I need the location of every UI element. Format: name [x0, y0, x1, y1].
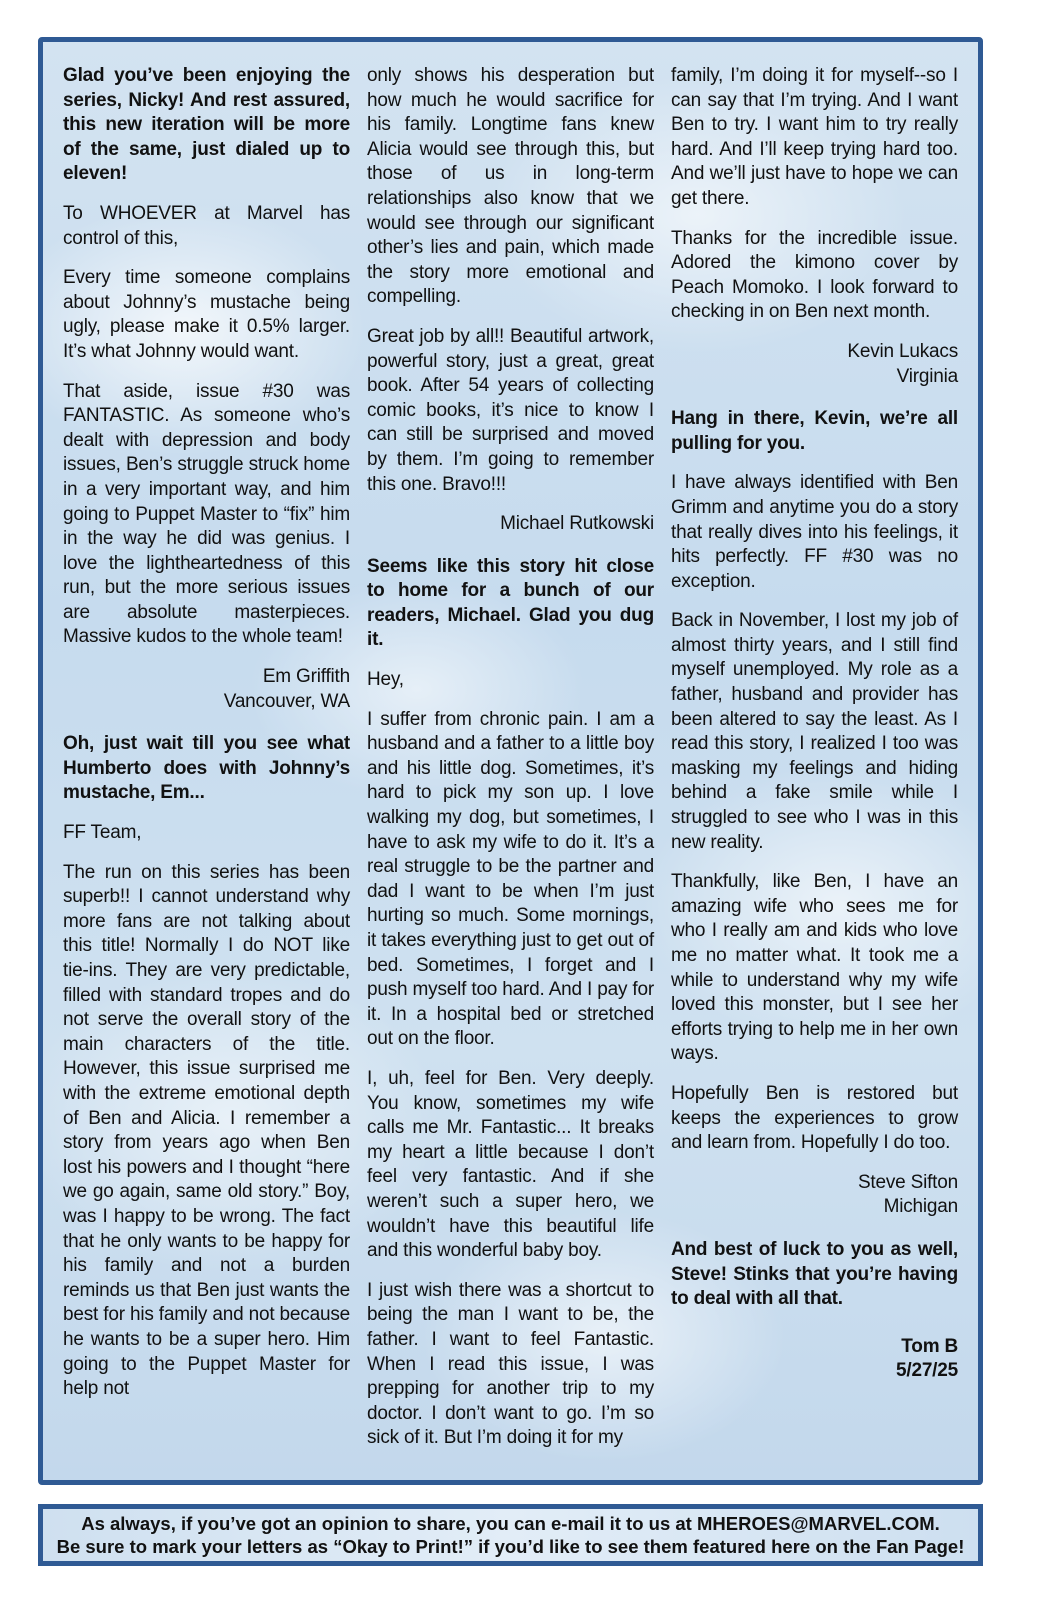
letters-page-panel: Glad you’ve been enjoying the series, Ni…: [38, 37, 983, 1485]
letter-paragraph: Back in November, I lost my job of almos…: [671, 609, 958, 855]
signature-location: Vancouver, WA: [63, 690, 350, 715]
signature-location: Virginia: [671, 365, 958, 390]
letter-paragraph: Thankfully, like Ben, I have an amazing …: [671, 870, 958, 1067]
letter-paragraph: Every time someone complains about Johnn…: [63, 266, 350, 364]
signature-name: Michael Rutkowski: [367, 512, 654, 537]
column-2: only shows his desperation but how much …: [367, 64, 654, 1470]
letter-paragraph: Hey,: [367, 668, 654, 693]
letter-paragraph: Great job by all!! Beautiful artwork, po…: [367, 325, 654, 497]
signature-name: Em Griffith: [63, 665, 350, 690]
letter-paragraph: I, uh, feel for Ben. Very deeply. You kn…: [367, 1067, 654, 1264]
letter-paragraph: To WHOEVER at Marvel has control of this…: [63, 202, 350, 251]
editor-signature: Tom B 5/27/25: [671, 1335, 958, 1384]
letter-paragraph: FF Team,: [63, 821, 350, 846]
signature-name: Steve Sifton: [671, 1171, 958, 1196]
letter-paragraph: I have always identified with Ben Grimm …: [671, 471, 958, 594]
editor-reply: Seems like this story hit close to home …: [367, 555, 654, 653]
signature-name: Kevin Lukacs: [671, 340, 958, 365]
letter-signature: Michael Rutkowski: [367, 512, 654, 537]
letter-paragraph: I suffer from chronic pain. I am a husba…: [367, 708, 654, 1052]
letter-signature: Steve Sifton Michigan: [671, 1171, 958, 1220]
letter-paragraph: Thanks for the incredible issue. Adored …: [671, 227, 958, 325]
letters-columns: Glad you’ve been enjoying the series, Ni…: [63, 64, 958, 1470]
letter-signature: Kevin Lukacs Virginia: [671, 340, 958, 389]
editor-reply: And best of luck to you as well, Steve! …: [671, 1238, 958, 1312]
editor-reply: Hang in there, Kevin, we’re all pulling …: [671, 407, 958, 456]
banner-line-1: As always, if you’ve got an opinion to s…: [81, 1512, 940, 1535]
banner-line-2: Be sure to mark your letters as “Okay to…: [57, 1535, 965, 1558]
editor-reply: Oh, just wait till you see what Humberto…: [63, 732, 350, 806]
letter-paragraph: I just wish there was a shortcut to bein…: [367, 1279, 654, 1451]
signature-location: Michigan: [671, 1195, 958, 1220]
editor-date: 5/27/25: [671, 1359, 958, 1384]
letter-paragraph: The run on this series has been superb!!…: [63, 861, 350, 1402]
letter-paragraph: family, I’m doing it for myself--so I ca…: [671, 64, 958, 212]
editor-name: Tom B: [671, 1335, 958, 1360]
column-1: Glad you’ve been enjoying the series, Ni…: [63, 64, 350, 1470]
editor-reply: Glad you’ve been enjoying the series, Ni…: [63, 64, 350, 187]
letter-paragraph: That aside, issue #30 was FANTASTIC. As …: [63, 380, 350, 651]
letter-paragraph: Hopefully Ben is restored but keeps the …: [671, 1082, 958, 1156]
letter-paragraph: only shows his desperation but how much …: [367, 64, 654, 310]
column-3: family, I’m doing it for myself--so I ca…: [671, 64, 958, 1470]
submission-banner: As always, if you’ve got an opinion to s…: [38, 1504, 983, 1566]
letter-signature: Em Griffith Vancouver, WA: [63, 665, 350, 714]
